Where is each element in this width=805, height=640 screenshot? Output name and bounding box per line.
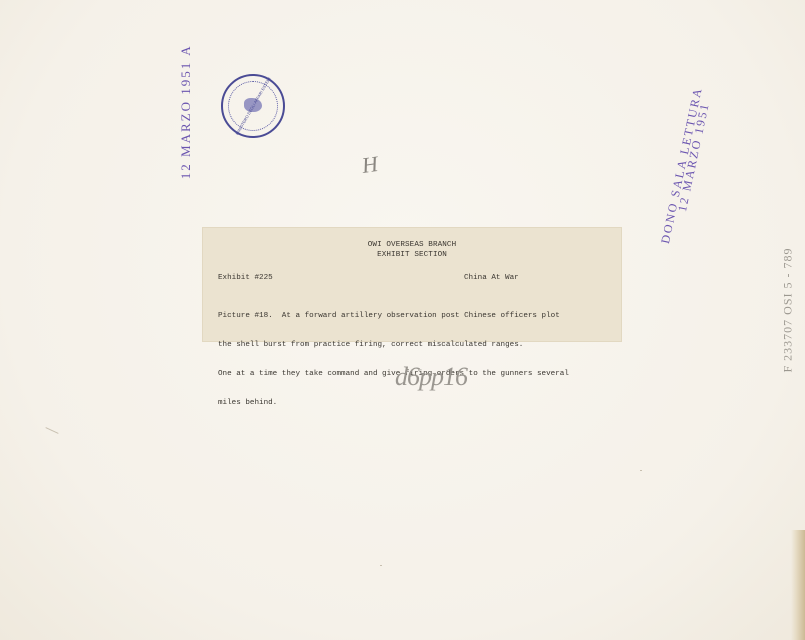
label-header: OWI OVERSEAS BRANCH EXHIBIT SECTION (202, 241, 622, 260)
series-title: China At War (464, 274, 519, 284)
pencil-mark-middle: d6pp16 (395, 362, 467, 392)
pencil-mark-top: H (360, 151, 379, 179)
label-header-line1: OWI OVERSEAS BRANCH (202, 241, 622, 251)
caption-line: miles behind. (218, 399, 613, 409)
caption-label-card: OWI OVERSEAS BRANCH EXHIBIT SECTION Exhi… (202, 227, 622, 342)
seal-text: MINISTERO DEGLI AFFARI ESTERI (234, 76, 271, 135)
exhibit-number: Exhibit #225 (218, 274, 273, 284)
right-library-stamp: DONO SALA LETTURA 12 MARZO 1951 (650, 60, 700, 250)
left-partial-stamp: A (175, 35, 197, 65)
left-date-stamp-text: 12 MARZO 1951 (178, 61, 194, 179)
ministry-seal-stamp: MINISTERO DEGLI AFFARI ESTERI (221, 74, 285, 138)
paper-speck (640, 470, 642, 471)
label-header-line2: EXHIBIT SECTION (202, 251, 622, 261)
caption-text: Picture #18. At a forward artillery obse… (218, 293, 613, 427)
caption-line: Picture #18. At a forward artillery obse… (218, 312, 613, 322)
left-partial-stamp-text: A (178, 44, 194, 55)
edge-stain (791, 530, 805, 640)
paper-speck (380, 565, 382, 566)
edge-pencil-note: F 233707 OSI 5 - 789 (778, 235, 798, 385)
edge-pencil-note-text: F 233707 OSI 5 - 789 (781, 247, 796, 372)
caption-line: the shell burst from practice firing, co… (218, 341, 613, 351)
